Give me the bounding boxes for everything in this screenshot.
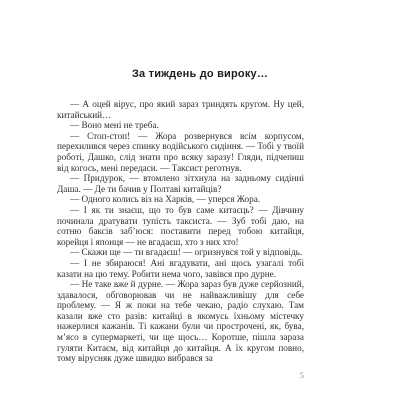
paragraph: — Скажи ще — ти вгадаєш! — огризнувся то… bbox=[57, 247, 304, 258]
body-text: — А оцей вірус, про який зараз триндять … bbox=[57, 99, 304, 364]
page-number: 5 bbox=[57, 370, 304, 380]
book-page: За тиждень до вироку… — А оцей вірус, пр… bbox=[0, 0, 400, 400]
paragraph: — І не збираюся! Ані вгадувати, ані щось… bbox=[57, 258, 304, 279]
paragraph: — Одного колись віз на Харків, — уперся … bbox=[57, 194, 304, 205]
paragraph: — Не таке вже й дурне. — Жора зараз був … bbox=[57, 279, 304, 364]
paragraph: — Придурок, — втомлено зітхнула на заднь… bbox=[57, 173, 304, 194]
chapter-title: За тиждень до вироку… bbox=[0, 68, 400, 80]
paragraph: — І як ти знаєш, що то був саме китаєць?… bbox=[57, 205, 304, 247]
paragraph: — Стоп-стоп! — Жора розвернувся всім кор… bbox=[57, 131, 304, 173]
paragraph: — А оцей вірус, про який зараз триндять … bbox=[57, 99, 304, 120]
paragraph: — Воно мені не треба. bbox=[57, 120, 304, 131]
